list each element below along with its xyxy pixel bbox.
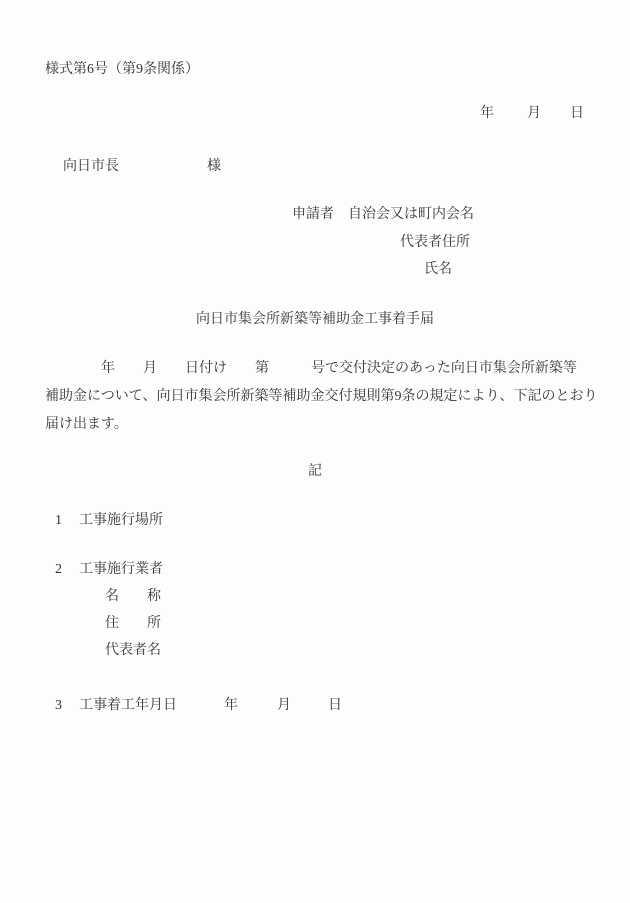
item-3-number: 3	[55, 698, 62, 714]
item-2-sub-name: 名 称	[105, 589, 161, 605]
recipient-addressee: 向日市長	[63, 159, 119, 175]
applicant-label: 申請者 自治会又は町内会名	[292, 207, 474, 223]
body-line-3: 届け出ます。	[45, 417, 128, 433]
item-2-number: 2	[55, 562, 62, 578]
document-title: 向日市集会所新築等補助金工事着手届	[0, 312, 630, 328]
date-month-label: 月	[527, 106, 541, 122]
item-3-date-day-label: 日	[328, 698, 342, 714]
item-3-label: 工事着工年月日	[79, 698, 177, 714]
applicant-name: 氏名	[424, 262, 452, 278]
item-3-date-year-label: 年	[224, 698, 238, 714]
item-2-sub-representative: 代表者名	[105, 643, 161, 659]
item-1-number: 1	[55, 513, 62, 529]
recipient-honorific: 様	[207, 159, 221, 175]
item-3-date-month-label: 月	[277, 698, 291, 714]
note-marker: 記	[0, 464, 630, 480]
item-1-label: 工事施行場所	[79, 513, 163, 529]
date-day-label: 日	[570, 106, 584, 122]
item-2-sub-address: 住 所	[105, 616, 161, 632]
form-number: 様式第6号（第9条関係）	[45, 62, 199, 78]
document-page: 様式第6号（第9条関係） 年 月 日 向日市長 様 申請者 自治会又は町内会名 …	[0, 0, 630, 903]
body-line-1: 年 月 日付け 第 号で交付決定のあった向日市集会所新築等	[45, 361, 577, 377]
item-2-label: 工事施行業者	[79, 562, 163, 578]
date-year-label: 年	[480, 106, 494, 122]
body-line-2: 補助金について、向日市集会所新築等補助金交付規則第9条の規定により、下記のとおり	[45, 389, 597, 405]
applicant-representative-address: 代表者住所	[400, 235, 470, 251]
